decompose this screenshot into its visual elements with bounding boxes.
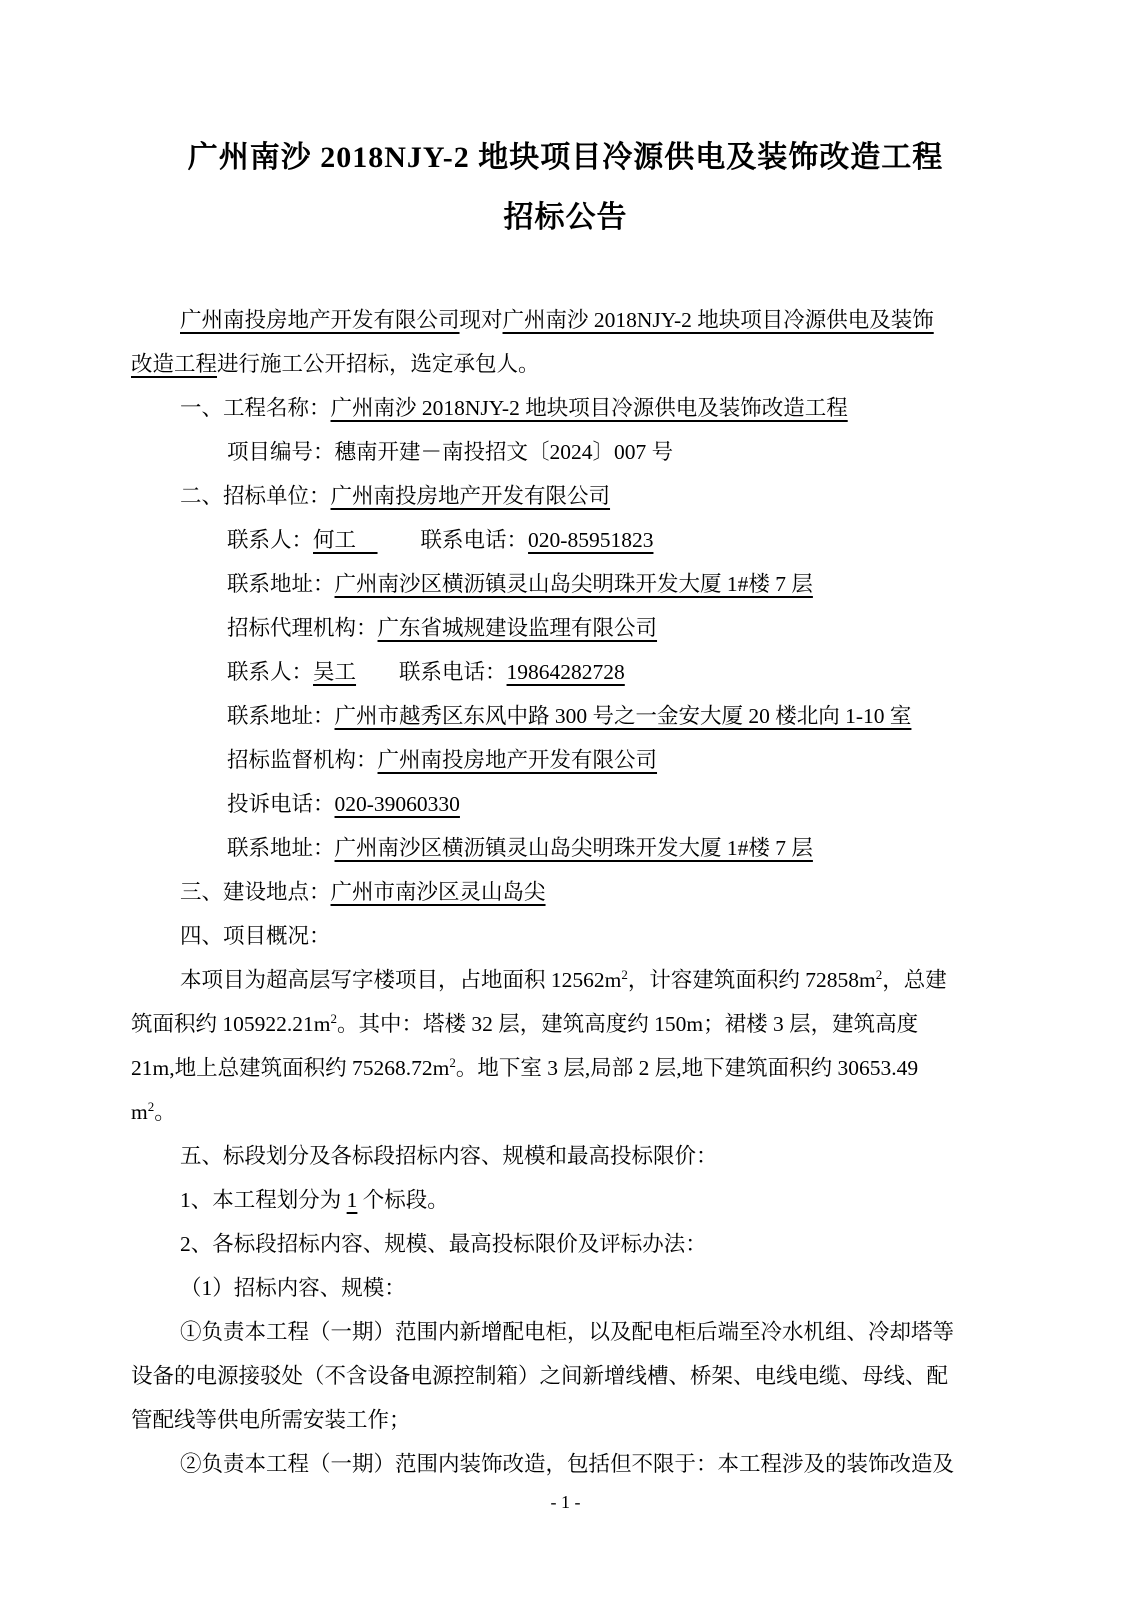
text-run: 联系电话：: [356, 660, 507, 684]
text-line: 项目编号：穗南开建－南投招文〔2024〕007 号: [131, 430, 1000, 474]
text-line: （1）招标内容、规模：: [131, 1266, 1000, 1310]
text-run: （1）招标内容、规模：: [180, 1276, 406, 1300]
underlined-text: 广州南投房地产开发有限公司: [378, 748, 658, 772]
text-run: 一、工程名称：: [180, 396, 331, 420]
document-body: 广州南投房地产开发有限公司现对广州南沙 2018NJY-2 地块项目冷源供电及装…: [131, 298, 1000, 1486]
text-line: 联系地址：广州南沙区横沥镇灵山岛尖明珠开发大厦 1#楼 7 层: [131, 826, 1000, 870]
underlined-text: 19864282728: [507, 660, 625, 684]
text-line: 招标代理机构：广东省城规建设监理有限公司: [131, 606, 1000, 650]
title-line-1: 广州南沙 2018NJY-2 地块项目冷源供电及装饰改造工程: [0, 134, 1131, 182]
underlined-text: 何工: [313, 528, 378, 552]
text-run: 。: [154, 1100, 176, 1124]
document-page: 广州南沙 2018NJY-2 地块项目冷源供电及装饰改造工程 招标公告 广州南投…: [0, 0, 1131, 1600]
underlined-text: 吴工: [313, 660, 356, 684]
text-run: 筑面积约 105922.21m: [131, 1012, 330, 1036]
text-run: 联系人：: [227, 528, 313, 552]
text-run: 联系地址：: [227, 704, 335, 728]
text-run: 五、标段划分及各标段招标内容、规模和最高投标限价：: [180, 1144, 718, 1168]
text-run: 2、各标段招标内容、规模、最高投标限价及评标办法：: [180, 1232, 707, 1256]
text-run: 1、本工程划分为: [180, 1188, 347, 1212]
underlined-text: 改造工程: [131, 352, 217, 376]
text-line: 四、项目概况：: [131, 914, 1000, 958]
text-line: 本项目为超高层写字楼项目，占地面积 12562m2，计容建筑面积约 72858m…: [131, 958, 1000, 1002]
page-number: - 1 -: [0, 1489, 1131, 1515]
text-run: 本项目为超高层写字楼项目，占地面积 12562m: [180, 968, 621, 992]
text-run: 联系人：: [227, 660, 313, 684]
underlined-text: 广州南沙区横沥镇灵山岛尖明珠开发大厦 1#楼 7 层: [335, 572, 813, 596]
text-run: 进行施工公开招标，选定承包人。: [217, 352, 540, 376]
text-run: 个标段。: [357, 1188, 448, 1212]
text-line: 招标监督机构：广州南投房地产开发有限公司: [131, 738, 1000, 782]
text-run: 投诉电话：: [227, 792, 335, 816]
text-run: 项目编号：穗南开建－南投招文〔2024〕007 号: [227, 440, 673, 464]
text-line: 改造工程进行施工公开招标，选定承包人。: [131, 342, 1000, 386]
text-run: ，计容建筑面积约 72858m: [628, 968, 876, 992]
text-run: 联系地址：: [227, 836, 335, 860]
underlined-text: 广州南投房地产开发有限公司: [180, 308, 460, 332]
text-line: 1、本工程划分为 1 个标段。: [131, 1178, 1000, 1222]
text-run: 招标代理机构：: [227, 616, 378, 640]
text-line: ②负责本工程（一期）范围内装饰改造，包括但不限于：本工程涉及的装饰改造及: [131, 1442, 1000, 1486]
text-run: ②负责本工程（一期）范围内装饰改造，包括但不限于：本工程涉及的装饰改造及: [180, 1452, 954, 1476]
text-line: 一、工程名称：广州南沙 2018NJY-2 地块项目冷源供电及装饰改造工程: [131, 386, 1000, 430]
title-line-2: 招标公告: [0, 194, 1131, 242]
underlined-text: 1: [347, 1188, 358, 1212]
text-line: m2。: [131, 1090, 1000, 1134]
text-line: 五、标段划分及各标段招标内容、规模和最高投标限价：: [131, 1134, 1000, 1178]
text-run: 三、建设地点：: [180, 880, 331, 904]
text-line: 21m,地上总建筑面积约 75268.72m2。地下室 3 层,局部 2 层,地…: [131, 1046, 1000, 1090]
text-run: m: [131, 1100, 148, 1124]
text-line: 广州南投房地产开发有限公司现对广州南沙 2018NJY-2 地块项目冷源供电及装…: [131, 298, 1000, 342]
underlined-text: 广州市南沙区灵山岛尖: [331, 880, 546, 904]
underlined-text: 广州南沙 2018NJY-2 地块项目冷源供电及装饰: [503, 308, 934, 332]
text-run: 联系地址：: [227, 572, 335, 596]
text-line: 管配线等供电所需安装工作；: [131, 1398, 1000, 1442]
text-line: 投诉电话：020-39060330: [131, 782, 1000, 826]
text-run: 现对: [460, 308, 503, 332]
text-line: 筑面积约 105922.21m2。其中：塔楼 32 层，建筑高度约 150m；裙…: [131, 1002, 1000, 1046]
text-line: 二、招标单位：广州南投房地产开发有限公司: [131, 474, 1000, 518]
underlined-text: 广州南沙 2018NJY-2 地块项目冷源供电及装饰改造工程: [331, 396, 848, 420]
underlined-text: 广州南沙区横沥镇灵山岛尖明珠开发大厦 1#楼 7 层: [335, 836, 813, 860]
text-run: 四、项目概况：: [180, 924, 331, 948]
document-title: 广州南沙 2018NJY-2 地块项目冷源供电及装饰改造工程 招标公告: [0, 0, 1131, 242]
underlined-text: 广东省城规建设监理有限公司: [378, 616, 658, 640]
underlined-text: 广州南投房地产开发有限公司: [331, 484, 611, 508]
text-run: 21m,地上总建筑面积约 75268.72m: [131, 1056, 449, 1080]
text-run: 二、招标单位：: [180, 484, 331, 508]
text-run: 联系电话：: [378, 528, 529, 552]
underlined-text: 020-39060330: [335, 792, 460, 816]
text-run: 设备的电源接驳处（不含设备电源控制箱）之间新增线槽、桥架、电线电缆、母线、配: [131, 1364, 948, 1388]
text-line: 设备的电源接驳处（不含设备电源控制箱）之间新增线槽、桥架、电线电缆、母线、配: [131, 1354, 1000, 1398]
text-run: 。其中：塔楼 32 层，建筑高度约 150m；裙楼 3 层，建筑高度: [337, 1012, 918, 1036]
text-run: ，总建: [882, 968, 947, 992]
text-line: 联系人：何工 联系电话：020-85951823: [131, 518, 1000, 562]
text-run: ①负责本工程（一期）范围内新增配电柜，以及配电柜后端至冷水机组、冷却塔等: [180, 1320, 954, 1344]
text-run: 。地下室 3 层,局部 2 层,地下建筑面积约 30653.49: [456, 1056, 918, 1080]
text-line: 三、建设地点：广州市南沙区灵山岛尖: [131, 870, 1000, 914]
underlined-text: 020-85951823: [528, 528, 653, 552]
text-line: 联系人：吴工 联系电话：19864282728: [131, 650, 1000, 694]
text-line: ①负责本工程（一期）范围内新增配电柜，以及配电柜后端至冷水机组、冷却塔等: [131, 1310, 1000, 1354]
text-run: 管配线等供电所需安装工作；: [131, 1408, 411, 1432]
text-run: 招标监督机构：: [227, 748, 378, 772]
underlined-text: 广州市越秀区东风中路 300 号之一金安大厦 20 楼北向 1-10 室: [335, 704, 912, 728]
text-line: 联系地址：广州南沙区横沥镇灵山岛尖明珠开发大厦 1#楼 7 层: [131, 562, 1000, 606]
text-line: 联系地址：广州市越秀区东风中路 300 号之一金安大厦 20 楼北向 1-10 …: [131, 694, 1000, 738]
text-line: 2、各标段招标内容、规模、最高投标限价及评标办法：: [131, 1222, 1000, 1266]
